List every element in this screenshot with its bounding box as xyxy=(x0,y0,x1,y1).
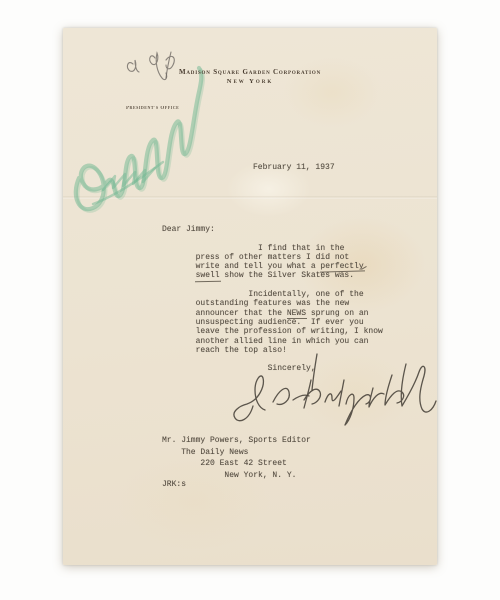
fold-crease xyxy=(63,196,437,199)
typist-initials: JRK:s xyxy=(162,480,186,489)
letterhead-city: New York xyxy=(63,78,437,85)
letterhead-company-name: Madison Square Garden Corporation xyxy=(63,68,437,76)
date-line: February 11, 1937 xyxy=(253,163,335,172)
letterhead-office-label: President's Office xyxy=(126,105,179,111)
letterhead: Madison Square Garden Corporation New Yo… xyxy=(63,68,437,85)
photo-background: Madison Square Garden Corporation New Yo… xyxy=(0,0,500,600)
letter-paper: Madison Square Garden Corporation New Yo… xyxy=(63,28,437,565)
letter-body: Dear Jimmy: I find that in the press of … xyxy=(162,225,383,374)
recipient-address: Mr. Jimmy Powers, Sports Editor The Dail… xyxy=(162,435,311,481)
